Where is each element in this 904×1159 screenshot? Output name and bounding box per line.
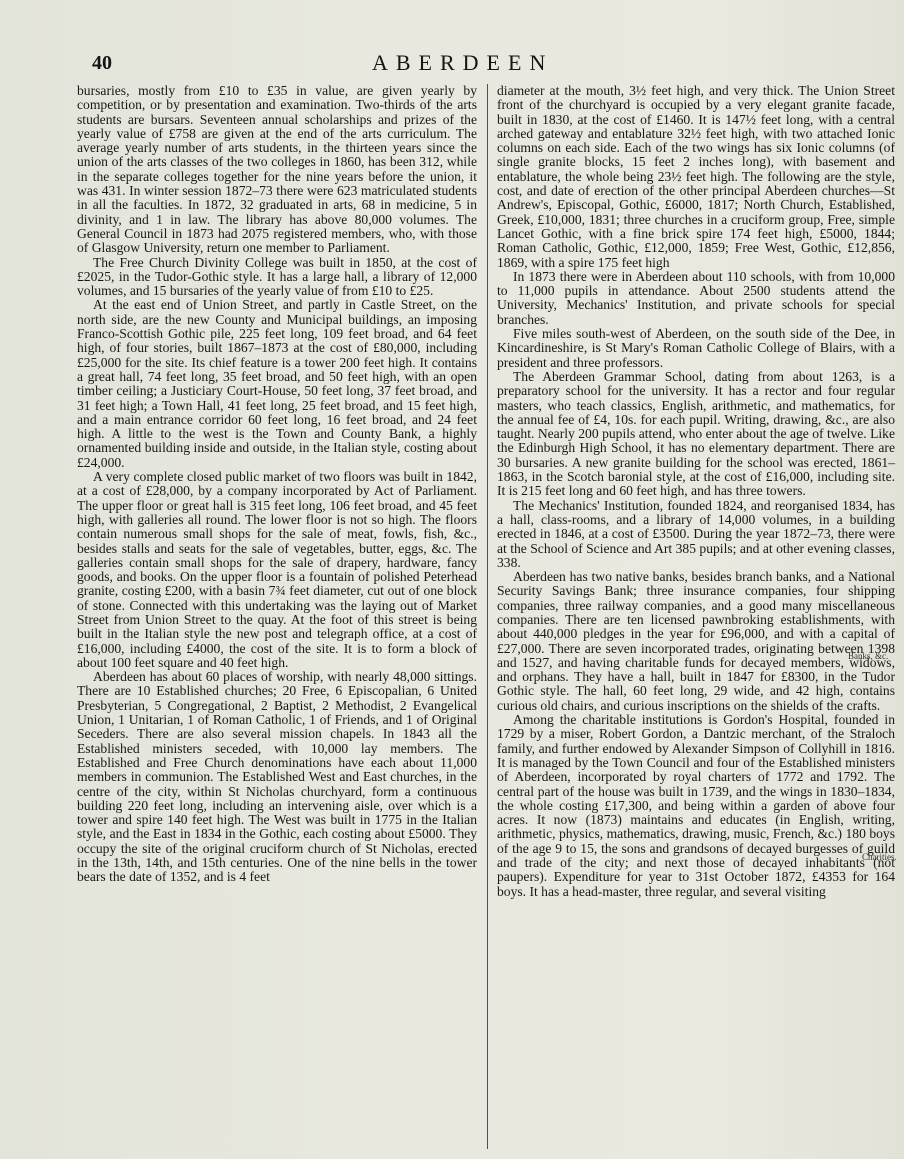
- margin-note-banks: Banks, &c.: [848, 651, 888, 661]
- paragraph: bursaries, mostly from £10 to £35 in val…: [77, 84, 477, 256]
- document-page: 40 ABERDEEN bursaries, mostly from £10 t…: [0, 0, 904, 1159]
- paragraph: The Mechanics' Institution, founded 1824…: [497, 499, 895, 570]
- paragraph: diameter at the mouth, 3½ feet high, and…: [497, 84, 895, 270]
- paragraph: The Free Church Divinity College was bui…: [77, 256, 477, 299]
- paragraph: Aberdeen has two native banks, besides b…: [497, 570, 895, 713]
- left-column: bursaries, mostly from £10 to £35 in val…: [77, 84, 477, 885]
- margin-note-charities: Charities.: [862, 852, 897, 862]
- right-column: diameter at the mouth, 3½ feet high, and…: [497, 84, 895, 899]
- page-number: 40: [92, 52, 112, 75]
- column-divider: [487, 84, 488, 1149]
- paragraph: In 1873 there were in Aberdeen about 110…: [497, 270, 895, 327]
- paragraph: A very complete closed public market of …: [77, 470, 477, 670]
- paragraph: The Aberdeen Grammar School, dating from…: [497, 370, 895, 499]
- paragraph: Five miles south-west of Aberdeen, on th…: [497, 327, 895, 370]
- paragraph: Among the charitable institutions is Gor…: [497, 713, 895, 899]
- paragraph: Aberdeen has about 60 places of worship,…: [77, 670, 477, 884]
- paragraph: At the east end of Union Street, and par…: [77, 298, 477, 470]
- running-head: ABERDEEN: [372, 50, 553, 76]
